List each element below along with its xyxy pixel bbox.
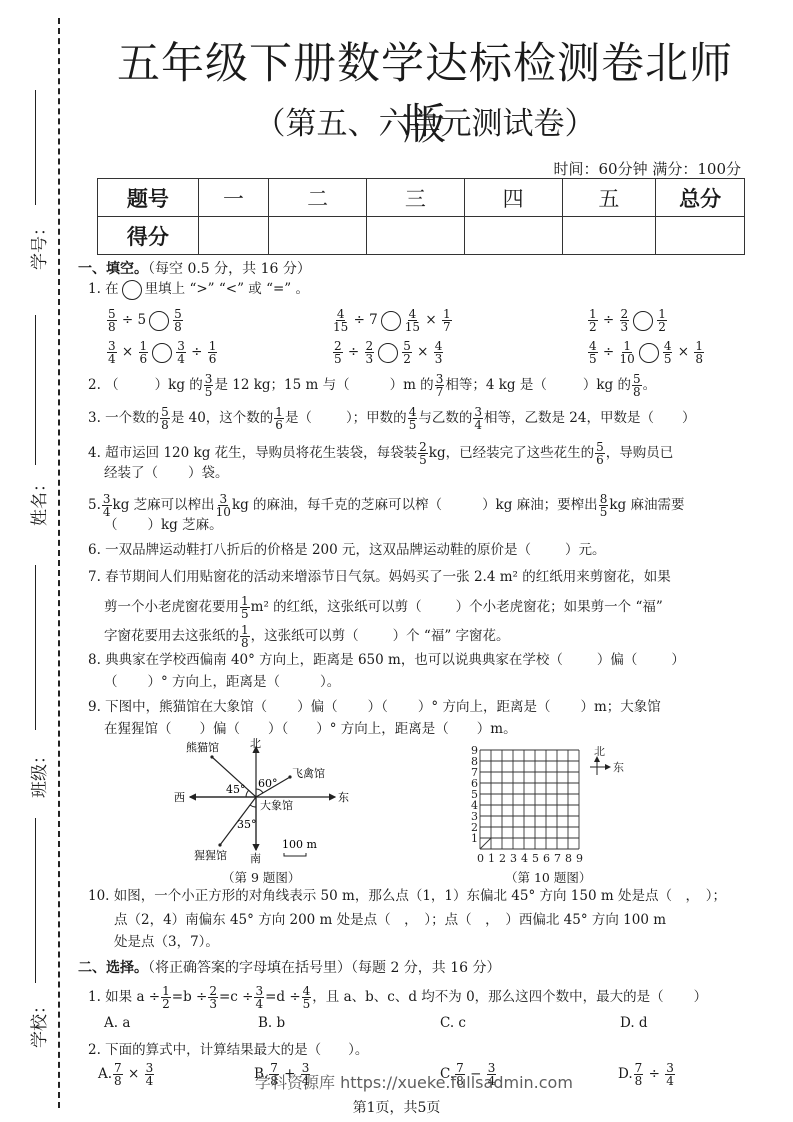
compare-circle-icon[interactable] xyxy=(152,343,172,363)
question-2-2: 2. 下面的算式中，计算结果最大的是（ ）。 xyxy=(88,1040,368,1060)
option-a[interactable]: A.78 × 34 xyxy=(98,1062,155,1087)
svg-text:9: 9 xyxy=(576,852,583,865)
question-1-10: 10. 如图，一个小正方形的对角线表示 50 m，那么点（1，1）东偏北 45°… xyxy=(88,886,726,906)
score-cell[interactable] xyxy=(656,217,745,255)
option-d[interactable]: D. d xyxy=(620,1013,648,1033)
question-1-7: 7. 春节期间人们用贴窗花的活动来增添节日气氛。妈妈买了一张 2.4 m² 的红… xyxy=(88,567,671,587)
compare-circle-icon[interactable] xyxy=(378,343,398,363)
svg-text:大象馆: 大象馆 xyxy=(260,798,293,812)
question-1-8-line2: （）° 方向上，距离是（）。 xyxy=(104,672,340,692)
score-cell[interactable] xyxy=(464,217,562,255)
figure-10-grid: 0 1 2 3 4 5 6 7 8 9 1 2 3 4 5 6 7 8 9 北 … xyxy=(468,745,648,865)
svg-text:60°: 60° xyxy=(258,777,278,790)
score-table: 题号 一 二 三 四 五 总分 得分 xyxy=(97,178,745,255)
compare-item: 415 ÷ 7415 × 17 xyxy=(332,308,453,333)
score-table-score-row: 得分 xyxy=(98,217,745,255)
name-rule xyxy=(35,315,36,465)
binding-dashed-line xyxy=(58,18,60,1108)
svg-text:西: 西 xyxy=(174,791,185,804)
exam-meta: 时间：60分钟 满分：100分 xyxy=(554,158,742,179)
compare-circle-icon[interactable] xyxy=(633,311,653,331)
student-id-rule xyxy=(35,90,36,205)
section2-note: （将正确答案的字母填在括号里）（每题 2 分，共 16 分） xyxy=(148,960,501,976)
score-cell[interactable] xyxy=(198,217,269,255)
svg-text:7: 7 xyxy=(554,852,561,865)
question-1-9: 9. 下图中，熊猫馆在大象馆（）偏（）（）° 方向上，距离是（）m；大象馆 xyxy=(88,697,661,717)
svg-text:1: 1 xyxy=(488,852,495,865)
score-cell[interactable] xyxy=(269,217,367,255)
score-header-cell: 总分 xyxy=(656,179,745,217)
svg-text:5: 5 xyxy=(532,852,539,865)
question-2-1: 1. 如果 a ÷12=b ÷23=c ÷34=d ÷45，且 a、b、c、d … xyxy=(88,985,707,1010)
compare-item: 58 ÷ 558 xyxy=(106,308,184,333)
compare-item: 25 ÷ 2352 × 43 xyxy=(332,340,444,365)
score-header-cell: 三 xyxy=(367,179,465,217)
option-d[interactable]: D.78 ÷ 34 xyxy=(618,1062,676,1087)
page-subtitle: （第五、六单元测试卷） xyxy=(100,98,750,143)
svg-text:6: 6 xyxy=(543,852,550,865)
figure-9-compass-diagram: 北 南 东 西 熊猫馆 飞禽馆 大象馆 猩猩馆 45° 60° 35° 100 … xyxy=(160,735,360,865)
svg-text:2: 2 xyxy=(499,852,506,865)
svg-text:100 m: 100 m xyxy=(282,838,317,851)
compare-circle-icon[interactable] xyxy=(381,311,401,331)
svg-text:3: 3 xyxy=(510,852,517,865)
q1-suffix: 里填上 “>” “<” 或 “=” 。 xyxy=(145,281,309,297)
score-header-cell: 二 xyxy=(269,179,367,217)
question-1-5-line2: （）kg 芝麻。 xyxy=(104,515,223,535)
question-1-6: 6. 一双品牌运动鞋打八折后的价格是 200 元，这双品牌运动鞋的原价是（）元。 xyxy=(88,540,606,560)
svg-text:8: 8 xyxy=(565,852,572,865)
option-a[interactable]: A. a xyxy=(104,1013,130,1033)
question-1-1: 1. 在里填上 “>” “<” 或 “=” 。 xyxy=(88,279,309,300)
score-header-cell: 五 xyxy=(562,179,656,217)
svg-text:45°: 45° xyxy=(226,783,246,796)
svg-text:4: 4 xyxy=(521,852,528,865)
class-rule xyxy=(35,565,36,730)
svg-text:0: 0 xyxy=(477,852,484,865)
score-cell[interactable] xyxy=(562,217,656,255)
question-1-10-line2: 点（2，4）南偏东 45° 方向 200 m 处是点（ ， ）；点（ ， ）西偏… xyxy=(114,910,666,930)
section1-note: （每空 0.5 分，共 16 分） xyxy=(148,261,311,277)
class-label: 班级： xyxy=(25,747,50,798)
svg-text:9: 9 xyxy=(471,745,478,757)
question-1-3: 3. 一个数的58是 40，这个数的16是（）；甲数的45与乙数的34相等，乙数… xyxy=(88,406,695,431)
option-c[interactable]: C. c xyxy=(440,1013,466,1033)
score-cell[interactable] xyxy=(367,217,465,255)
svg-text:北: 北 xyxy=(594,745,605,758)
question-1-7-line2: 剪一个小老虎窗花要用15m² 的红纸，这张纸可以剪（）个小老虎窗花；如果剪一个 … xyxy=(104,595,663,620)
name-label: 姓名： xyxy=(25,475,50,526)
compare-item: 12 ÷ 2312 xyxy=(587,308,668,333)
svg-text:北: 北 xyxy=(250,737,261,750)
compare-item: 34 × 1634 ÷ 16 xyxy=(106,340,218,365)
score-row-label: 得分 xyxy=(98,217,199,255)
section2-heading: 二、选择。（将正确答案的字母填在括号里）（每题 2 分，共 16 分） xyxy=(78,957,501,977)
svg-text:东: 东 xyxy=(338,791,349,804)
compare-circle-icon[interactable] xyxy=(149,311,169,331)
q1-prefix: 1. 在 xyxy=(88,281,119,297)
school-rule xyxy=(35,818,36,983)
svg-text:南: 南 xyxy=(250,852,261,865)
question-1-8: 8. 典典家在学校西偏南 40° 方向上，距离是 650 m，也可以说典典家在学… xyxy=(88,650,685,670)
svg-text:飞禽馆: 飞禽馆 xyxy=(292,766,325,780)
compare-item: 45 ÷ 11045 × 18 xyxy=(587,340,705,365)
score-header-cell: 四 xyxy=(464,179,562,217)
score-header-cell: 一 xyxy=(198,179,269,217)
section1-heading: 一、填空。（每空 0.5 分，共 16 分） xyxy=(78,258,311,278)
score-header-cell: 题号 xyxy=(98,179,199,217)
section1-title: 一、填空。 xyxy=(78,261,148,277)
figure-10-caption: （第 10 题图） xyxy=(505,868,591,886)
school-label: 学校： xyxy=(25,997,50,1048)
question-1-2: 2. （）kg 的35是 12 kg；15 m 与（）m 的37相等；4 kg … xyxy=(88,373,656,398)
option-b[interactable]: B. b xyxy=(258,1013,285,1033)
compare-circle-icon xyxy=(122,280,142,300)
score-table-header-row: 题号 一 二 三 四 五 总分 xyxy=(98,179,745,217)
question-1-4-line2: 经装了（）袋。 xyxy=(104,463,229,483)
student-id-label: 学号： xyxy=(25,219,50,270)
svg-text:熊猫馆: 熊猫馆 xyxy=(186,740,219,754)
section2-title: 二、选择。 xyxy=(78,960,148,976)
svg-text:猩猩馆: 猩猩馆 xyxy=(194,848,227,862)
question-1-10-line3: 处是点（3，7）。 xyxy=(114,932,219,952)
page-footer: 第1页，共5页 xyxy=(0,1097,793,1117)
figure-9-caption: （第 9 题图） xyxy=(222,868,300,886)
watermark: 学科资源库 https://xueke.fullsadmin.com xyxy=(255,1070,573,1093)
compare-circle-icon[interactable] xyxy=(639,343,659,363)
question-1-7-line3: 字窗花要用去这张纸的18，这张纸可以剪（）个 “福” 字窗花。 xyxy=(104,624,510,649)
svg-text:35°: 35° xyxy=(237,818,257,831)
svg-text:东: 东 xyxy=(613,761,624,774)
